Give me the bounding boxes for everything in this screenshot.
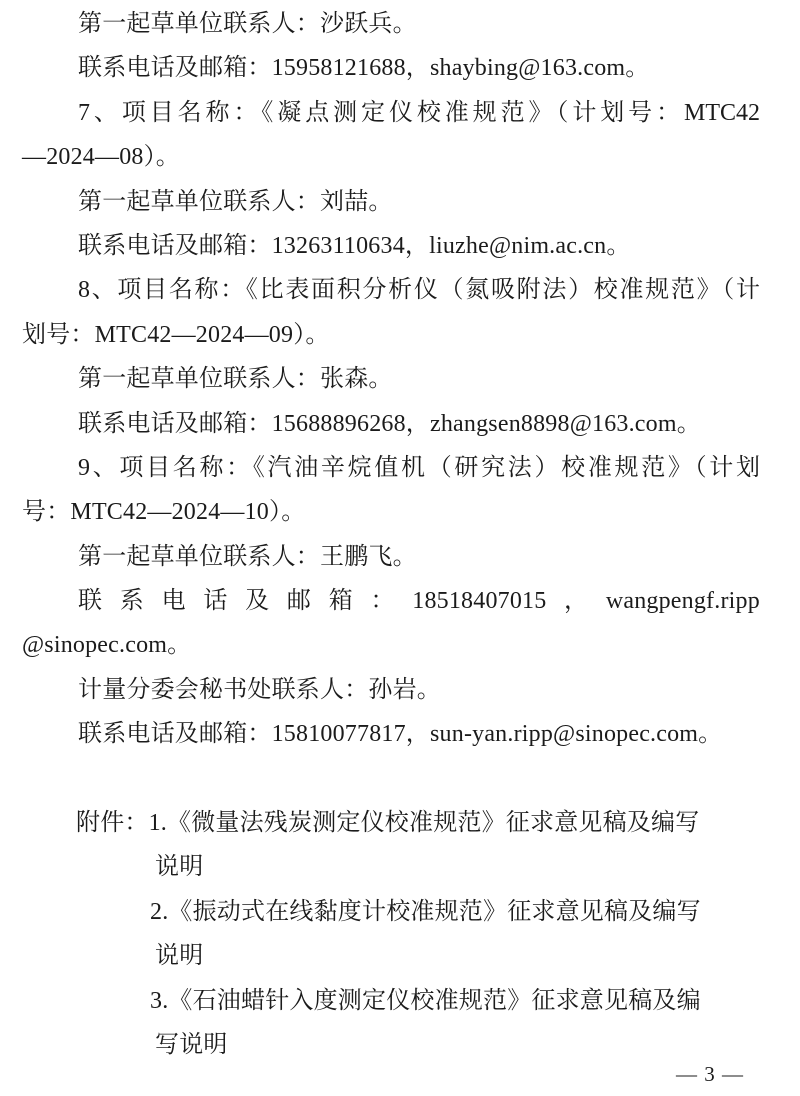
text-line: 计量分委会秘书处联系人：孙岩。 bbox=[22, 668, 760, 712]
text-line: 7、项目名称：《凝点测定仪校准规范》（计划号：MTC42 bbox=[22, 91, 760, 135]
text-line: 说明 bbox=[22, 845, 760, 889]
text-segment: 箱 bbox=[329, 579, 353, 623]
text-line: 写说明 bbox=[22, 1023, 760, 1067]
text-segment: 话 bbox=[203, 579, 227, 623]
text-segment: 系 bbox=[120, 579, 144, 623]
document-body: 第一起草单位联系人：沙跃兵。联系电话及邮箱：15958121688，shaybi… bbox=[22, 2, 760, 1067]
text-line: 联系电话及邮箱：15810077817，sun-yan.ripp@sinopec… bbox=[22, 712, 760, 756]
text-segment: wangpengf.ripp bbox=[606, 579, 760, 623]
text-line: 2.《振动式在线黏度计校准规范》征求意见稿及编写 bbox=[22, 890, 760, 934]
text-line: 3.《石油蜡针入度测定仪校准规范》征求意见稿及编 bbox=[22, 979, 760, 1023]
text-line: 联系电话及邮箱：13263110634，liuzhe@nim.ac.cn。 bbox=[22, 224, 760, 268]
text-line: 8、项目名称：《比表面积分析仪（氮吸附法）校准规范》（计 bbox=[22, 268, 760, 312]
text-line: 划号：MTC42—2024—09）。 bbox=[22, 313, 760, 357]
document-page: 第一起草单位联系人：沙跃兵。联系电话及邮箱：15958121688，shaybi… bbox=[0, 0, 800, 1096]
justified-text-line: 联系电话及邮箱：18518407015，wangpengf.ripp bbox=[78, 579, 760, 623]
text-segment: ： bbox=[370, 579, 394, 623]
text-line: 9、项目名称：《汽油辛烷值机（研究法）校准规范》（计划 bbox=[22, 446, 760, 490]
text-line: 第一起草单位联系人：沙跃兵。 bbox=[22, 2, 760, 46]
text-line: 第一起草单位联系人：王鹏飞。 bbox=[22, 535, 760, 579]
text-segment: 电 bbox=[162, 579, 186, 623]
text-line: —2024—08）。 bbox=[22, 135, 760, 179]
text-line: 第一起草单位联系人：刘喆。 bbox=[22, 180, 760, 224]
text-line: 号：MTC42—2024—10）。 bbox=[22, 490, 760, 534]
text-segment: 18518407015 bbox=[412, 579, 546, 623]
text-line bbox=[22, 757, 760, 801]
text-line: 联系电话及邮箱：15958121688，shaybing@163.com。 bbox=[22, 46, 760, 90]
text-line: 联系电话及邮箱：15688896268，zhangsen8898@163.com… bbox=[22, 402, 760, 446]
text-segment: 联 bbox=[78, 579, 102, 623]
text-segment: 及 bbox=[245, 579, 269, 623]
page-number: — 3 — bbox=[676, 1062, 744, 1086]
text-segment: ， bbox=[564, 579, 588, 623]
text-line: 第一起草单位联系人：张森。 bbox=[22, 357, 760, 401]
text-segment: 邮 bbox=[287, 579, 311, 623]
text-line: 附件：1.《微量法残炭测定仪校准规范》征求意见稿及编写 bbox=[22, 801, 760, 845]
text-line: 说明 bbox=[22, 934, 760, 978]
text-line: @sinopec.com。 bbox=[22, 623, 760, 667]
